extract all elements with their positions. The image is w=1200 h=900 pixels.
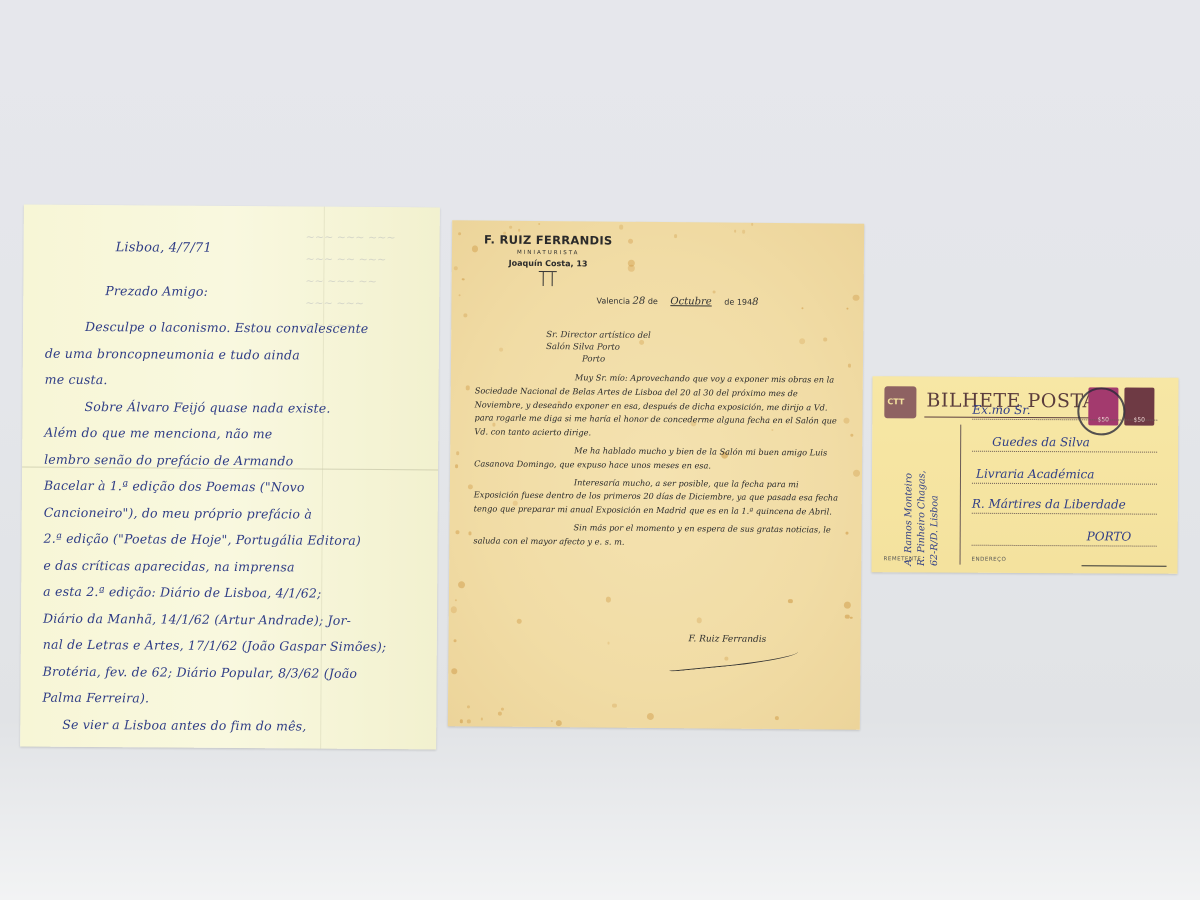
foxing-spot xyxy=(450,607,457,614)
letter-paragraph: Sin más por el momento y en espera de su… xyxy=(473,520,845,551)
label-address: ENDEREÇO xyxy=(972,557,1007,563)
foxing-spot xyxy=(454,266,459,271)
letter-line: nal de Letras e Artes, 17/1/62 (João Gas… xyxy=(43,632,421,661)
letter-line: Diário da Manhã, 14/1/62 (Artur Andrade)… xyxy=(43,605,421,634)
foxing-spot xyxy=(451,668,457,674)
foxing-spot xyxy=(845,614,849,618)
foxing-spot xyxy=(460,719,464,723)
sender-line: A. Ramos Monteiro xyxy=(902,446,916,566)
foxing-spot xyxy=(851,433,854,436)
foxing-spot xyxy=(462,278,464,280)
address-rule xyxy=(972,483,1157,485)
postmark-icon xyxy=(1077,387,1125,435)
foxing-spot xyxy=(799,338,805,344)
address-line: Guedes da Silva xyxy=(992,435,1090,450)
foxing-spot xyxy=(551,720,553,722)
sender-line: 62-R/D. Lisboa xyxy=(928,446,942,566)
foxing-spot xyxy=(853,294,860,301)
letter-line: Se vier a Lisboa antes do fim do mês, xyxy=(42,711,420,740)
handwritten-letter-portuguese: ~~~ ~~~ ~~~~~~ ~~ ~~~~~ ~~~ ~~~~~ ~~~~~ … xyxy=(20,205,440,750)
foxing-spot xyxy=(853,470,860,477)
foxing-spot xyxy=(628,265,634,271)
dateline-year-prefix: de 194 xyxy=(724,298,752,307)
letter-line: me custa. xyxy=(45,367,423,396)
foxing-spot xyxy=(456,530,460,534)
letter-dateline: Valencia 28 de Octubre de 1948 xyxy=(596,295,758,307)
letter-line: Palma Ferreira). xyxy=(42,685,420,714)
address-line: PORTO xyxy=(1087,529,1132,543)
recipient-line: Porto xyxy=(582,353,651,366)
foxing-spot xyxy=(775,716,779,720)
letter-paragraph: Interesaría mucho, a ser posible, que la… xyxy=(474,475,846,520)
foxing-spot xyxy=(734,230,737,233)
address-rule xyxy=(972,451,1157,453)
foxing-spot xyxy=(455,464,458,467)
foxing-spot xyxy=(463,313,467,317)
letterhead-name: F. RUIZ FERRANDIS xyxy=(484,232,613,247)
foxing-spot xyxy=(458,581,465,588)
postcard-divider xyxy=(960,425,962,565)
foxing-spot xyxy=(850,617,852,619)
letter-line: e das críticas aparecidas, na imprensa xyxy=(43,552,421,581)
address-line: Livraria Académica xyxy=(976,467,1095,482)
letterhead-logo-icon xyxy=(539,271,557,286)
foxing-spot xyxy=(607,642,609,644)
bleed-through-text: ~~~ ~~~ ~~~~~~ ~~ ~~~~~ ~~~ ~~~~~ ~~~~~ … xyxy=(305,227,426,338)
sender-line: R. Pinheiro Chagas, xyxy=(915,446,929,566)
foxing-spot xyxy=(751,223,754,226)
address-rule xyxy=(972,419,1157,421)
recipient-line: Sr. Director artístico del xyxy=(546,329,651,342)
recipient-line: Salón Silva Porto xyxy=(546,341,651,354)
foxing-spot xyxy=(458,232,461,235)
foxing-spot xyxy=(467,705,470,708)
letter-body: Desculpe o laconismo. Estou convalescent… xyxy=(42,314,423,741)
letter-paragraph: Me ha hablado mucho y bien de la Salón m… xyxy=(474,443,846,474)
signature-flourish xyxy=(668,646,799,671)
dateline-sep: de xyxy=(648,297,658,306)
foxing-spot xyxy=(605,597,611,603)
foxing-spot xyxy=(846,308,848,310)
letterhead-letter-spanish: F. RUIZ FERRANDIS MINIATURISTA Joaquín C… xyxy=(448,220,864,730)
address-line: Ex.mo Sr. xyxy=(972,403,1030,417)
letter-line: lembro senão do prefácio de Armando xyxy=(44,446,422,475)
foxing-spot xyxy=(742,230,746,234)
foxing-spot xyxy=(509,226,512,229)
recipient-address: Ex.mo Sr.Guedes da SilvaLivraria Académi… xyxy=(873,376,1179,378)
foxing-spot xyxy=(845,531,849,535)
dateline-month: Octubre xyxy=(660,296,721,308)
foxing-spot xyxy=(823,338,827,342)
letter-line: Brotéria, fev. de 62; Diário Popular, 8/… xyxy=(43,658,421,687)
sender-address: A. Ramos MonteiroR. Pinheiro Chagas,62-R… xyxy=(902,446,942,566)
foxing-spot xyxy=(538,223,540,225)
foxing-spot xyxy=(844,602,851,609)
foxing-spot xyxy=(612,703,617,708)
foxing-spot xyxy=(471,246,477,252)
letter-line: 2.ª edição ("Poetas de Hoje", Portugália… xyxy=(43,526,421,555)
signature: F. Ruiz Ferrandis xyxy=(689,634,767,645)
foxing-spot xyxy=(696,617,702,623)
postcard: BILHETE POSTAL $50 $50 A. Ramos Monteiro… xyxy=(871,376,1178,574)
letter-line: de uma broncopneumonia e tudo ainda xyxy=(45,340,423,369)
foxing-spot xyxy=(501,707,505,711)
label-sender: REMETENTE xyxy=(884,556,922,562)
foxing-spot xyxy=(468,532,471,535)
letter-line: Bacelar à 1.ª edição dos Poemas ("Novo xyxy=(44,473,422,502)
dateline-year-suffix: 8 xyxy=(752,297,758,308)
foxing-spot xyxy=(455,599,457,601)
letter-line: Sobre Álvaro Feijó quase nada existe. xyxy=(44,393,422,422)
letter-paragraph: Muy Sr. mío: Aprovechando que voy a expo… xyxy=(474,370,847,442)
foxing-spot xyxy=(499,347,503,351)
foxing-spot xyxy=(454,639,457,642)
address-line: R. Mártires da Liberdade xyxy=(972,497,1126,512)
foxing-spot xyxy=(619,225,623,229)
letterhead-role: MINIATURISTA xyxy=(484,249,613,256)
letter-line: a esta 2.ª edição: Diário de Lisboa, 4/1… xyxy=(43,579,421,608)
letter-recipient: Sr. Director artístico delSalón Silva Po… xyxy=(546,329,651,366)
letter-line: Além do que me menciona, não me xyxy=(44,420,422,449)
foxing-spot xyxy=(628,239,633,244)
dateline-day: 28 xyxy=(633,296,646,307)
letter-line: Cancioneiro"), do meu próprio prefácio à xyxy=(44,499,422,528)
address-rule xyxy=(972,545,1157,547)
letterhead: F. RUIZ FERRANDIS MINIATURISTA Joaquín C… xyxy=(484,232,613,286)
foxing-spot xyxy=(848,364,851,367)
foxing-spot xyxy=(801,307,803,309)
foxing-spot xyxy=(466,386,470,390)
bottom-rule xyxy=(1082,565,1167,566)
foxing-spot xyxy=(481,717,484,720)
foxing-spot xyxy=(497,711,502,716)
address-rule xyxy=(972,513,1157,515)
letterhead-address: Joaquín Costa, 13 xyxy=(484,258,613,268)
foxing-spot xyxy=(518,229,521,232)
foxing-spot xyxy=(713,290,716,293)
dateline-city: Valencia xyxy=(596,296,630,305)
foxing-spot xyxy=(647,713,654,720)
ctt-emblem-icon xyxy=(884,386,916,418)
letter-body: Muy Sr. mío: Aprovechando que voy a expo… xyxy=(473,370,847,551)
foxing-spot xyxy=(456,452,459,455)
foxing-spot xyxy=(674,234,678,238)
foxing-spot xyxy=(458,294,461,297)
foxing-spot xyxy=(468,484,473,489)
foxing-spot xyxy=(788,599,793,604)
foxing-spot xyxy=(517,619,522,624)
foxing-spot xyxy=(467,719,471,723)
foxing-spot xyxy=(556,720,562,726)
